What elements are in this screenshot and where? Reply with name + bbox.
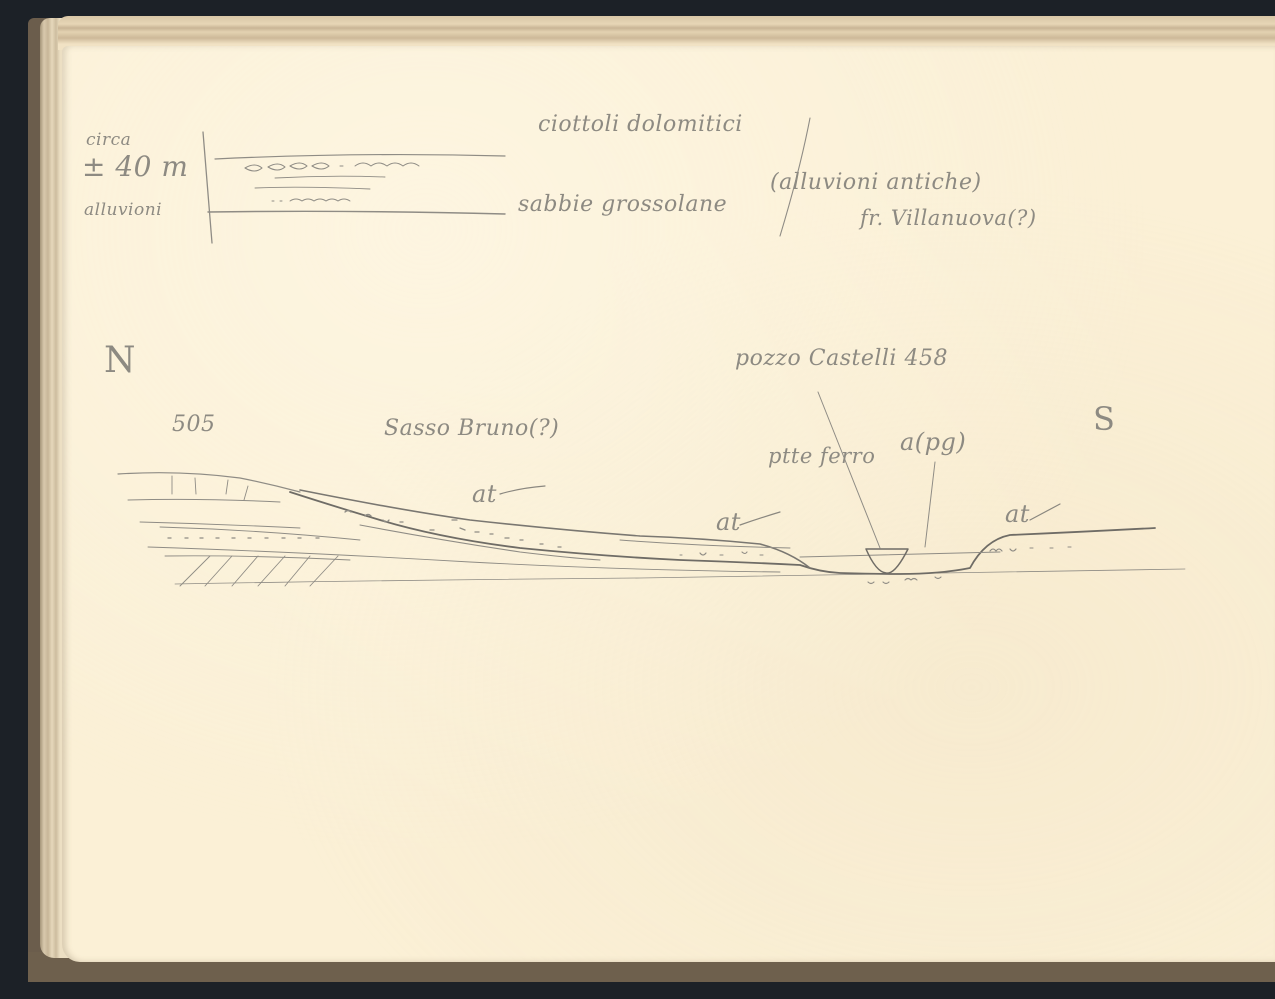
place-label: Sasso Bruno(?): [384, 416, 559, 441]
note-circa: circa: [86, 130, 131, 150]
terrace-label-at: at: [716, 508, 741, 536]
elevation-label: 505: [172, 412, 216, 437]
bridge-label: ptte ferro: [768, 444, 875, 468]
north-label: N: [104, 340, 136, 381]
note-thickness: ± 40 m: [82, 150, 188, 183]
legend-label-ciottoli: ciottoli dolomitici: [538, 112, 743, 137]
legend-divider: [203, 132, 212, 243]
terrace-label-at: at: [472, 480, 497, 508]
terrace-label-at: at: [1005, 500, 1030, 528]
south-label: S: [1093, 400, 1115, 438]
alluvium-label: a(pg): [900, 428, 966, 456]
geological-cross-section-sketch: [0, 0, 1275, 999]
note-alluvioni: alluvioni: [84, 200, 162, 220]
legend-label-sabbie: sabbie grossolane: [518, 192, 727, 217]
legend-note-villanuova: fr. Villanuova(?): [860, 206, 1037, 230]
legend-note-alluvioni-antiche: (alluvioni antiche): [770, 170, 982, 195]
well-label: pozzo Castelli 458: [735, 346, 948, 371]
